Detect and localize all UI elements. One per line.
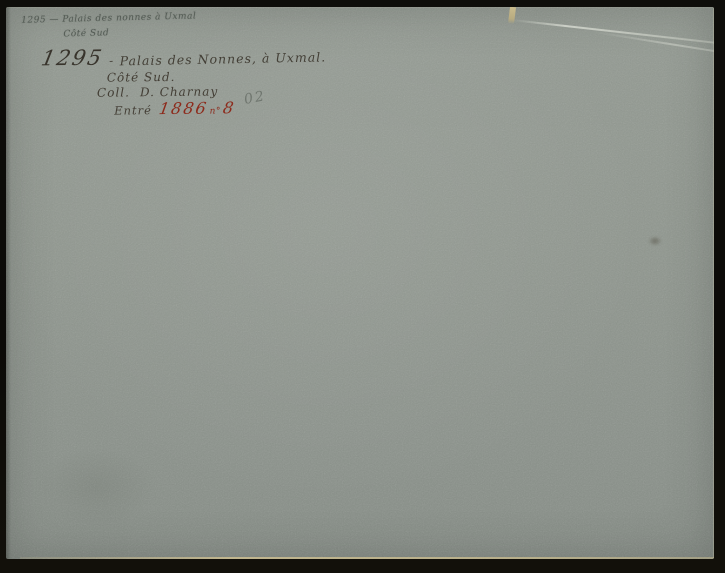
separator-dash: - — [109, 54, 114, 68]
paper-bottom-edge-highlight — [20, 557, 714, 560]
catalog-number: 1295 — [39, 46, 105, 71]
entry-number: 8 — [221, 98, 235, 117]
ink-entry-line: Entré 1886n°8 — [114, 98, 234, 118]
ink-inscription-title-row: 1295 - Palais des Nonnes, à Uxmal. — [42, 43, 327, 70]
ink-side-caption: Côté Sud. — [107, 70, 176, 85]
collection-label: Coll. — [97, 85, 130, 99]
scan-background: 1295 — Palais des nonnes à Uxmal Côté Su… — [0, 0, 725, 573]
photo-mount-card: 1295 — Palais des nonnes à Uxmal Côté Su… — [6, 7, 714, 559]
ink-collection-line: Coll.D. Charnay — [97, 84, 218, 99]
paper-left-edge-shadow — [6, 7, 11, 559]
entry-red-accession: 1886n°8 — [159, 98, 234, 118]
ink-title: Palais des Nonnes, à Uxmal. — [120, 49, 327, 68]
pencil-mark-right: 02 — [243, 88, 267, 108]
collection-name: D. Charnay — [140, 84, 218, 99]
faint-stain-bottom-left — [36, 447, 156, 527]
entry-year: 1886 — [157, 99, 209, 119]
entry-label: Entré — [114, 103, 152, 117]
entry-number-label: n° — [210, 106, 221, 116]
ink-smudge-spot — [648, 236, 662, 246]
paper-right-edge-highlight — [713, 7, 715, 559]
pencil-inscription-line2: Côté Sud — [63, 28, 109, 39]
pencil-inscription-line1: 1295 — Palais des nonnes à Uxmal — [21, 11, 196, 25]
